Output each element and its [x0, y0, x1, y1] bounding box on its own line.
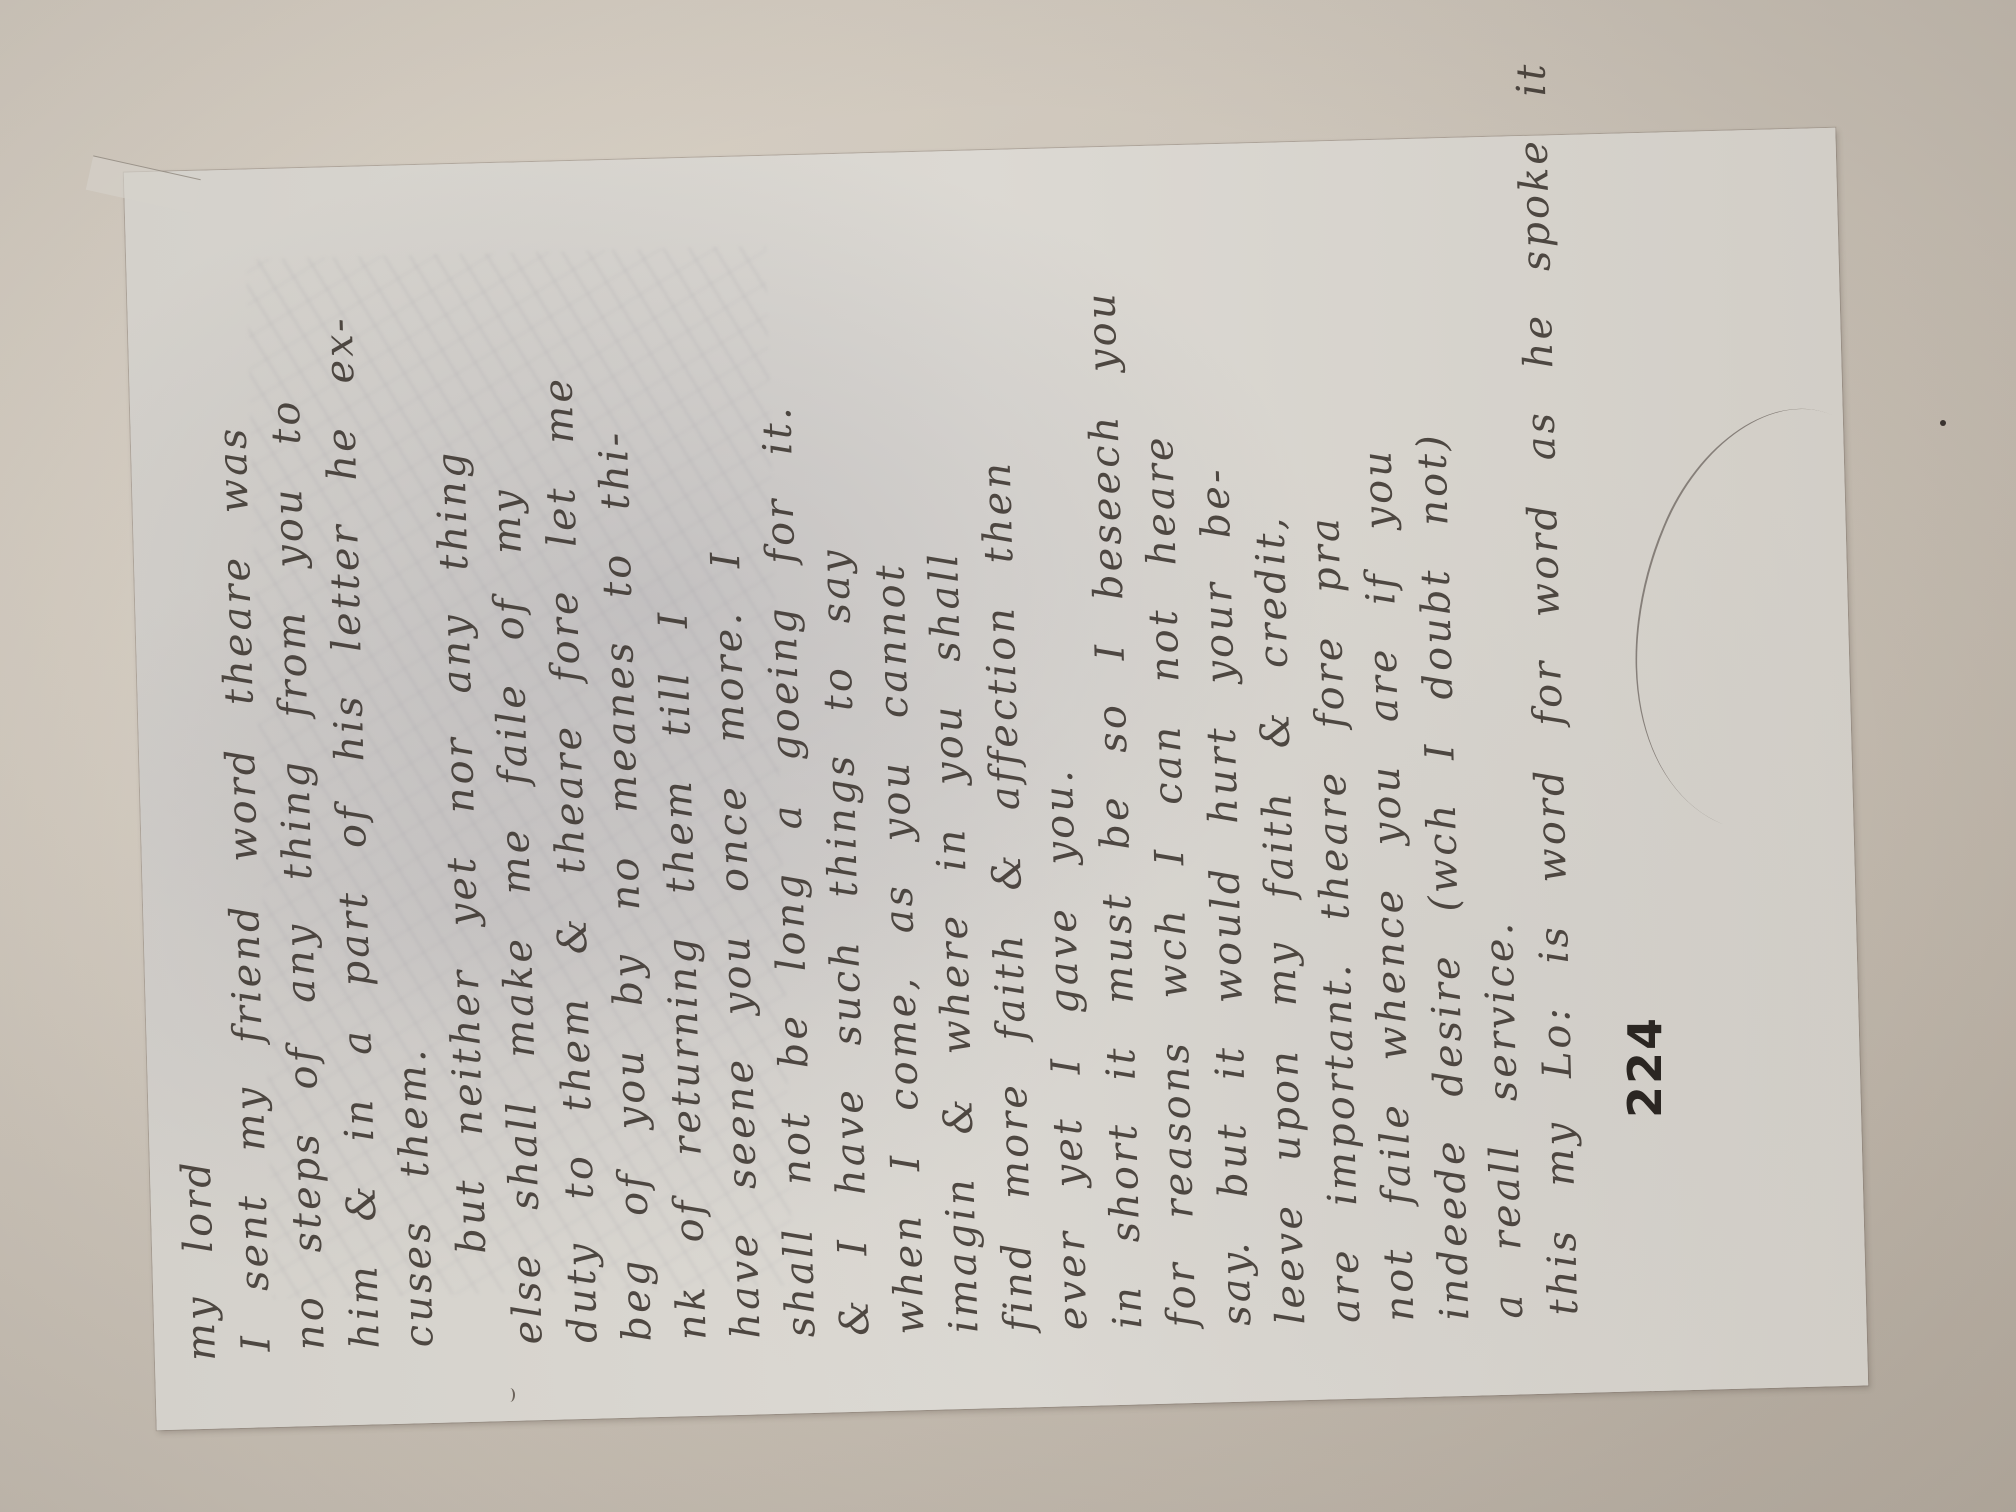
- manuscript-sheet: my lord I sent my friend word theare was…: [124, 128, 1868, 1430]
- stray-ink-dot: [1940, 420, 1946, 426]
- folio-number: 224: [1618, 1016, 1672, 1118]
- letter-text-block: my lord I sent my friend word theare was…: [143, 98, 1865, 1382]
- stray-pencil-mark: [505, 1388, 515, 1402]
